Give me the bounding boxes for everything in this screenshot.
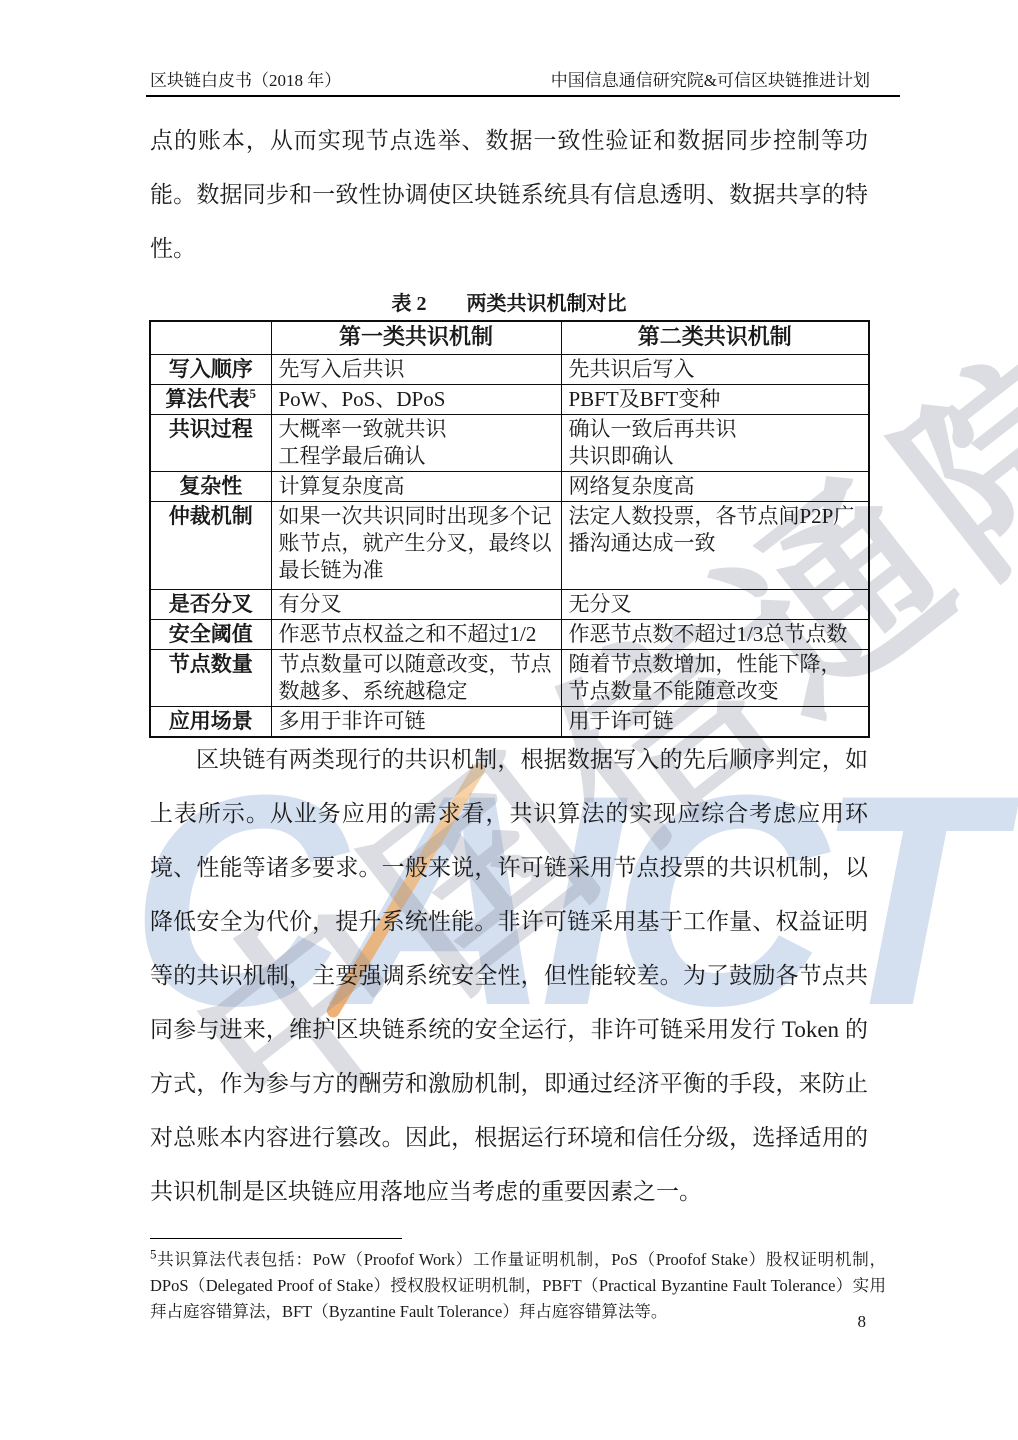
row-cell: 作恶节点数不超过1/3总节点数	[561, 620, 869, 650]
document-page: CAICT 中国信通院 区块链白皮书（2018 年） 中国信息通信研究院&可信区…	[0, 0, 1018, 1440]
table-row: 节点数量 节点数量可以随意改变，节点数越多、系统越稳定 随着节点数增加，性能下降…	[150, 650, 869, 707]
header-cell-empty	[150, 321, 271, 355]
row-label: 是否分叉	[169, 592, 253, 616]
header-rule	[146, 95, 900, 97]
table-row: 算法代表5 PoW、PoS、DPoS PBFT及BFT变种	[150, 385, 869, 415]
row-cell: 法定人数投票，各节点间P2P广播沟通达成一致	[561, 502, 869, 590]
row-label: 复杂性	[179, 474, 242, 498]
row-cell: 大概率一致就共识 工程学最后确认	[271, 415, 561, 472]
row-cell: 网络复杂度高	[561, 472, 869, 502]
table-row: 共识过程 大概率一致就共识 工程学最后确认 确认一致后再共识 共识即确认	[150, 415, 869, 472]
row-cell: 节点数量可以随意改变，节点数越多、系统越稳定	[271, 650, 561, 707]
table-row: 复杂性 计算复杂度高 网络复杂度高	[150, 472, 869, 502]
page-header: 区块链白皮书（2018 年） 中国信息通信研究院&可信区块链推进计划	[150, 70, 870, 92]
table-row: 安全阈值 作恶节点权益之和不超过1/2 作恶节点数不超过1/3总节点数	[150, 620, 869, 650]
row-cell: 随着节点数增加，性能下降，节点数量不能随意改变	[561, 650, 869, 707]
row-cell: 确认一致后再共识 共识即确认	[561, 415, 869, 472]
page-number: 8	[858, 1312, 867, 1332]
row-cell: 如果一次共识同时出现多个记账节点，就产生分叉，最终以最长链为准	[271, 502, 561, 590]
header-right-title: 中国信息通信研究院&可信区块链推进计划	[551, 70, 870, 92]
row-label: 共识过程	[169, 417, 253, 441]
table-caption: 表 2两类共识机制对比	[150, 287, 868, 316]
row-label: 算法代表	[166, 387, 250, 411]
row-label: 写入顺序	[169, 357, 253, 381]
row-label: 节点数量	[169, 652, 253, 676]
footnote-separator	[150, 1238, 402, 1239]
row-cell: 计算复杂度高	[271, 472, 561, 502]
table-caption-label: 表 2	[392, 293, 427, 315]
table-caption-title: 两类共识机制对比	[467, 293, 627, 315]
header-left-title: 区块链白皮书（2018 年）	[150, 70, 341, 92]
table-header-row: 第一类共识机制 第二类共识机制	[150, 321, 869, 355]
row-cell: 作恶节点权益之和不超过1/2	[271, 620, 561, 650]
consensus-comparison-table: 第一类共识机制 第二类共识机制 写入顺序 先写入后共识 先共识后写入 算法代表5…	[149, 320, 870, 738]
row-label: 安全阈值	[169, 622, 253, 646]
header-cell-type2: 第二类共识机制	[561, 321, 869, 355]
row-cell: PBFT及BFT变种	[561, 385, 869, 415]
paragraph-2: 区块链有两类现行的共识机制，根据数据写入的先后顺序判定，如上表所示。从业务应用的…	[150, 733, 868, 1219]
row-label: 应用场景	[169, 709, 253, 733]
row-cell: 先写入后共识	[271, 355, 561, 385]
paragraph-1: 点的账本，从而实现节点选举、数据一致性验证和数据同步控制等功能。数据同步和一致性…	[150, 114, 868, 276]
row-cell: PoW、PoS、DPoS	[271, 385, 561, 415]
table-row: 仲裁机制 如果一次共识同时出现多个记账节点，就产生分叉，最终以最长链为准 法定人…	[150, 502, 869, 590]
footnote-text: 5共识算法代表包括：PoW（Proofof Work）工作量证明机制，PoS（P…	[150, 1247, 886, 1325]
table-row: 是否分叉 有分叉 无分叉	[150, 590, 869, 620]
table-row: 写入顺序 先写入后共识 先共识后写入	[150, 355, 869, 385]
footnote-body: 共识算法代表包括：PoW（Proofof Work）工作量证明机制，PoS（Pr…	[150, 1250, 886, 1321]
row-cell: 有分叉	[271, 590, 561, 620]
row-cell: 先共识后写入	[561, 355, 869, 385]
row-cell: 无分叉	[561, 590, 869, 620]
row-label: 仲裁机制	[169, 504, 253, 528]
footnote: 5共识算法代表包括：PoW（Proofof Work）工作量证明机制，PoS（P…	[150, 1238, 886, 1325]
page-content: 区块链白皮书（2018 年） 中国信息通信研究院&可信区块链推进计划 点的账本，…	[0, 0, 1018, 1440]
footnote-ref-5: 5	[250, 386, 257, 401]
header-cell-type1: 第一类共识机制	[271, 321, 561, 355]
